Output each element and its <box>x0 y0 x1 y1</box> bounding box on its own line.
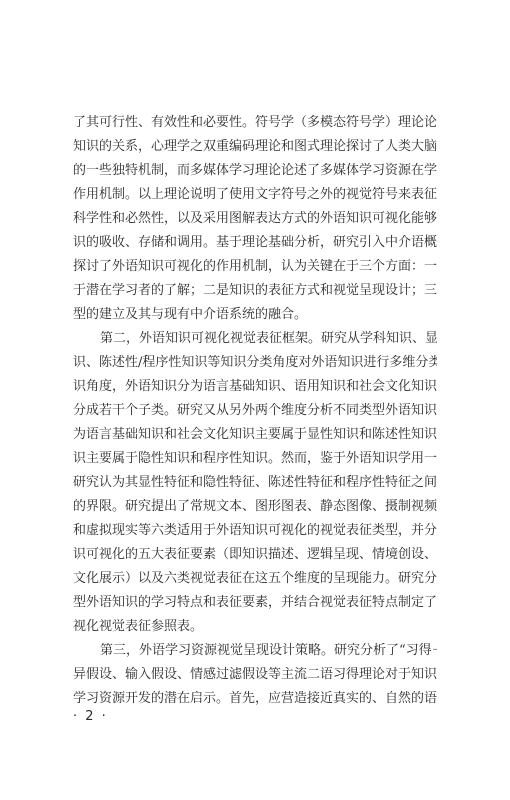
text-line: 学习资源开发的潜在启示。首先，应营造接近真实的、自然的语言习得环境， <box>73 690 437 714</box>
body-text: 了其可行性、有效性和必要性。符号学（多模态符号学）理论论述了符号与 知识的关系，… <box>73 114 437 714</box>
text-line: 文化展示）以及六类视觉表征在这五个维度的呈现能力。研究分析了不同类 <box>73 570 437 594</box>
text-line: 型外语知识的学习特点和表征要素，并结合视觉表征特点制定了外语知识可 <box>73 594 437 618</box>
text-line: 的一些独特机制，而多媒体学习理论论述了多媒体学习资源在学习过程中的 <box>73 162 437 186</box>
text-line: 探讨了外语知识可视化的作用机制，认为关键在于三个方面：一是制作者对 <box>73 258 437 282</box>
page-number: · 2 · <box>73 709 108 724</box>
text-line: 为语言基础知识和社会文化知识主要属于显性知识和陈述性知识，而语用知 <box>73 426 437 450</box>
text-line: 识可视化的五大表征要素（即知识描述、逻辑呈现、情境创设、语用演示和 <box>73 546 437 570</box>
text-line: 知识的关系，心理学之双重编码理论和图式理论探讨了人类大脑处理信息时 <box>73 138 437 162</box>
text-line: 科学性和必然性，以及采用图解表达方式的外语知识可视化能够促进外语知 <box>73 210 437 234</box>
text-line: 视化视觉表征参照表。 <box>73 618 437 642</box>
text-line: 识、陈述性/程序性知识等知识分类角度对外语知识进行多维分类。从学科知 <box>73 354 437 378</box>
text-line: 型的建立及其与现有中介语系统的融合。 <box>73 306 437 330</box>
text-line: 作用机制。以上理论说明了使用文字符号之外的视觉符号来表征外语知识的 <box>73 186 437 210</box>
text-line: 于潜在学习者的了解；二是知识的表征方式和视觉呈现设计；三是中介语模 <box>73 282 437 306</box>
text-line: 研究认为其显性特征和隐性特征、陈述性特征和程序性特征之间并没有绝对 <box>73 474 437 498</box>
text-line: 和虚拟现实等六类适用于外语知识可视化的视觉表征类型，并分析了外语知 <box>73 522 437 546</box>
text-line: 识主要属于隐性知识和程序性知识。然而，鉴于外语知识学用一体的特点， <box>73 450 437 474</box>
text-line: 分成若干个子类。研究又从另外两个维度分析不同类型外语知识的特点，认 <box>73 402 437 426</box>
document-page: 了其可行性、有效性和必要性。符号学（多模态符号学）理论论述了符号与 知识的关系，… <box>0 0 510 800</box>
text-line: 识的吸收、存储和调用。基于理论基础分析，研究引入中介语概念并进一步 <box>73 234 437 258</box>
text-line: 异假设、输入假设、情感过滤假设等主流二语习得理论对于知识可视化外语 <box>73 666 437 690</box>
text-line: 第三，外语学习资源视觉呈现设计策略。研究分析了“习得－学得”差 <box>73 642 437 666</box>
text-line: 的界限。研究提出了常规文本、图形图表、静态图像、摄制视频、动画视频 <box>73 498 437 522</box>
text-line: 第二，外语知识可视化视觉表征框架。研究从学科知识、显性/隐性知 <box>73 330 437 354</box>
text-line: 识角度，外语知识分为语言基础知识、语用知识和社会文化知识，每一类又 <box>73 378 437 402</box>
text-line: 了其可行性、有效性和必要性。符号学（多模态符号学）理论论述了符号与 <box>73 114 437 138</box>
